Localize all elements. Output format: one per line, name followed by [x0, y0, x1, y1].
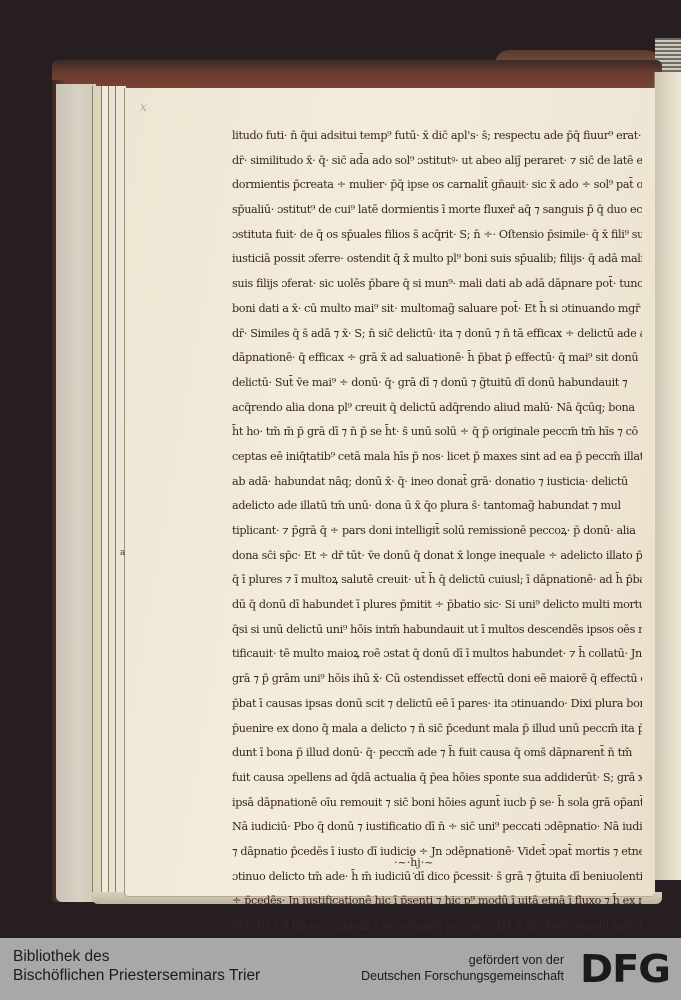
endpaper-board [56, 84, 96, 902]
manuscript-line: tiplicant· ⁊ p̄grā q̄ ÷ pars doni intell… [232, 519, 642, 544]
manuscript-line: dr̄· similitudo x̄· q̄· sic̄ ad̄a ado so… [232, 149, 642, 174]
dfg-logo: DFG [580, 954, 680, 984]
institution-line-1: Bibliothek des [13, 947, 260, 966]
manuscript-line: grā ⁊ p̄ grām uni⁹ hōis ihū x̄· Cū osten… [232, 667, 642, 692]
manuscript-line: q̄ ī plures ⁊ ī multoꝝ salutē creuit· ut… [232, 568, 642, 593]
catchword-ornament: · ·~·h̄j·~ · [394, 846, 433, 879]
pencil-folio-mark: x [140, 100, 147, 114]
manuscript-line: ceptas eē iniq̄tatib⁹ cetā mala hīs p̄ n… [232, 445, 642, 470]
manuscript-line: sp̄ualiū· ɔstitut⁹ de cui⁹ latē dormient… [232, 198, 642, 223]
catchword-line: · [394, 868, 433, 879]
manuscript-line: litudo futi· n̄ q̄ui adsitui temp⁹ futū·… [232, 124, 642, 149]
manuscript-line: h̄t ho· tm̄ m̄ p̄ grā dī ⁊ n̄ p̄ se h̄t·… [232, 420, 642, 445]
facing-page-edge [654, 72, 681, 880]
manuscript-line: boni dati a x̄· cū multo mai⁹ sit· multo… [232, 297, 642, 322]
margin-mark: a [120, 548, 125, 558]
manuscript-line: delictis ⁊ n̄ tm̄ ex originali s̄ ex act… [232, 914, 642, 938]
manuscript-text-block: litudo futi· n̄ q̄ui adsitui temp⁹ futū·… [232, 124, 642, 938]
manuscript-line: suis filijs ɔferat· sic uolēs p̄bare q̄ … [232, 272, 642, 297]
manuscript-line: ɔtinuo delicto tm̄ ade· h̄ m̄ iudiciū dī… [232, 865, 642, 890]
institution-name: Bibliothek des Bischöflichen Priestersem… [13, 947, 260, 985]
manuscript-line: tificauit· tē multo maioꝝ roē ɔstat q̄ d… [232, 642, 642, 667]
manuscript-line: p̄bat ī causas ipsas donū scit ⁊ delictū… [232, 692, 642, 717]
manuscript-line: ÷ p̄cedēs· Jn iustificationē hic ī p̄sen… [232, 889, 642, 914]
funding-note: gefördert von der Deutschen Forschungsge… [361, 952, 564, 984]
manuscript-scan: x a litudo futi· n̄ q̄ui adsitui temp⁹ f… [0, 0, 681, 938]
manuscript-line: dr̄· Similes q̄ s̄ adā ⁊ x̄· S; n̄ sic̄ … [232, 322, 642, 347]
manuscript-line: Nā iudiciū· Pbo q̄ donū ⁊ iustificatio d… [232, 815, 642, 840]
manuscript-line: ab adā· habundat nāq; donū x̄· q̄· ineo … [232, 470, 642, 495]
manuscript-line: dunt ī bona p̄ illud donū· q̄· peccm̄ ad… [232, 741, 642, 766]
manuscript-line: dona sc̄i sp̄c· Et ÷ dr̄ tūt· v̄e donū q… [232, 544, 642, 569]
institution-line-2: Bischöflichen Priesterseminars Trier [13, 966, 260, 985]
manuscript-line: dū q̄ donū dī habundet ī plures p̄mitit … [232, 593, 642, 618]
manuscript-line: acq̄rendo alia dona pl⁹ creuit q̄ delict… [232, 396, 642, 421]
manuscript-line: p̄uenire ex dono q̄ mala a delicto ⁊ n̄ … [232, 717, 642, 742]
manuscript-line: ipsā dāpnationē oīu remouit ⁊ sic̄ boni … [232, 791, 642, 816]
funding-line-1: gefördert von der [361, 952, 564, 968]
footer-banner: Bibliothek des Bischöflichen Priestersem… [0, 938, 681, 1000]
manuscript-line: adelicto ade illatū tm̄ unū· dona ū x̄ q… [232, 494, 642, 519]
manuscript-line: ⁊ dāpnatio p̄cedēs ī iusto dī iudicio ÷ … [232, 840, 642, 865]
manuscript-line: fuit causa ɔpellens ad q̄dā actualia q̄ … [232, 766, 642, 791]
funding-line-2: Deutschen Forschungsgemeinschaft [361, 968, 564, 984]
manuscript-line: iustiᴄiā possit ɔferre· ostendit q̄ x̄ m… [232, 247, 642, 272]
manuscript-line: q̄si si unū delictū uni⁹ hōis intm̄ habu… [232, 618, 642, 643]
manuscript-line: dāpnationē· q̄ efficax ÷ grā x̄ ad salua… [232, 346, 642, 371]
binding-top-edge [52, 60, 662, 90]
manuscript-line: dormientis p̄creata ÷ mulier· p̄q̄ ipse … [232, 173, 642, 198]
manuscript-line: delictū· Sut̄ v̄e mai⁹ ÷ donū· q̄· grā d… [232, 371, 642, 396]
manuscript-line: ɔstituta fuit· de q̄ os sp̄uales filios … [232, 223, 642, 248]
